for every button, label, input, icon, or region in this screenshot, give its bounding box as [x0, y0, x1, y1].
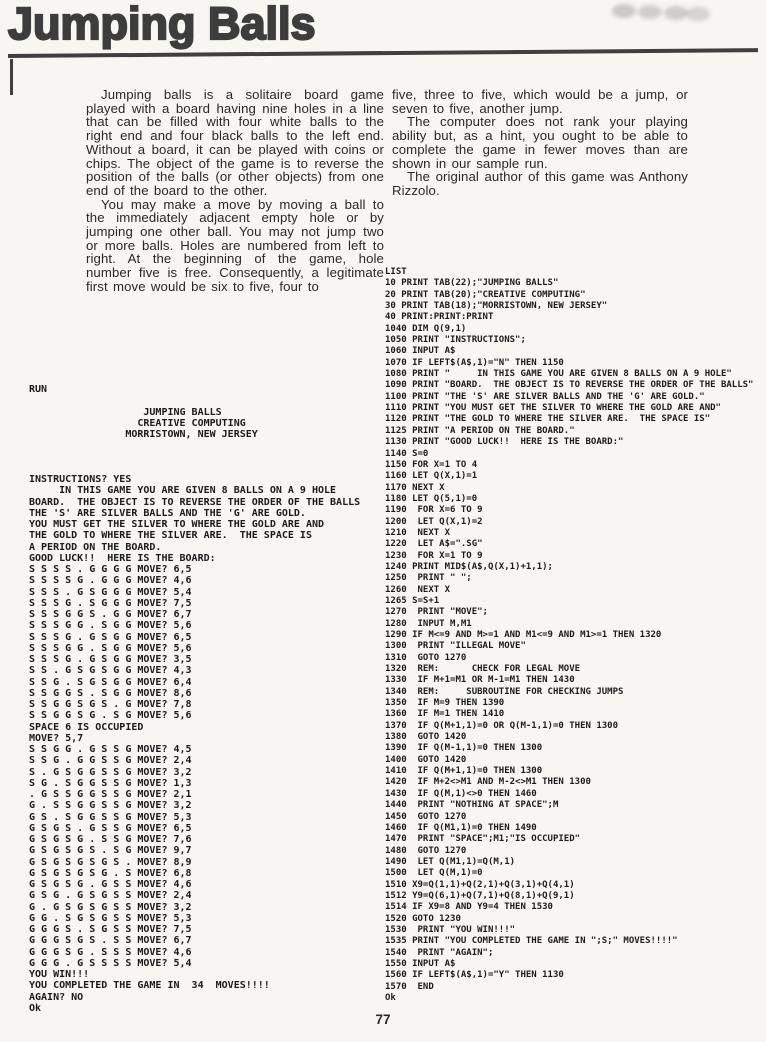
page-number: 77	[0, 1012, 766, 1027]
left-margin-tick	[10, 59, 13, 95]
sample-run-output: RUN JUMPING BALLS CREATIVE COMPUTING MOR…	[29, 384, 360, 1014]
page-title: Jumping Balls	[8, 0, 316, 50]
article-paragraph: The original author of this game was Ant…	[392, 170, 688, 197]
article-column-right: five, three to five, which would be a ju…	[392, 88, 688, 198]
magazine-page: Jumping Balls Jumping balls is a solitai…	[0, 0, 766, 1042]
print-artifact	[612, 4, 636, 18]
article-paragraph: Jumping balls is a solitaire board game …	[86, 88, 384, 198]
article-paragraph: You may make a move by moving a ball to …	[86, 198, 384, 294]
article-paragraph: five, three to five, which would be a ju…	[392, 88, 688, 115]
basic-program-listing: LIST 10 PRINT TAB(22);"JUMPING BALLS" 20…	[385, 267, 753, 1004]
article-column-left: Jumping balls is a solitaire board game …	[86, 88, 384, 294]
article-paragraph: The computer does not rank your playing …	[392, 115, 688, 170]
